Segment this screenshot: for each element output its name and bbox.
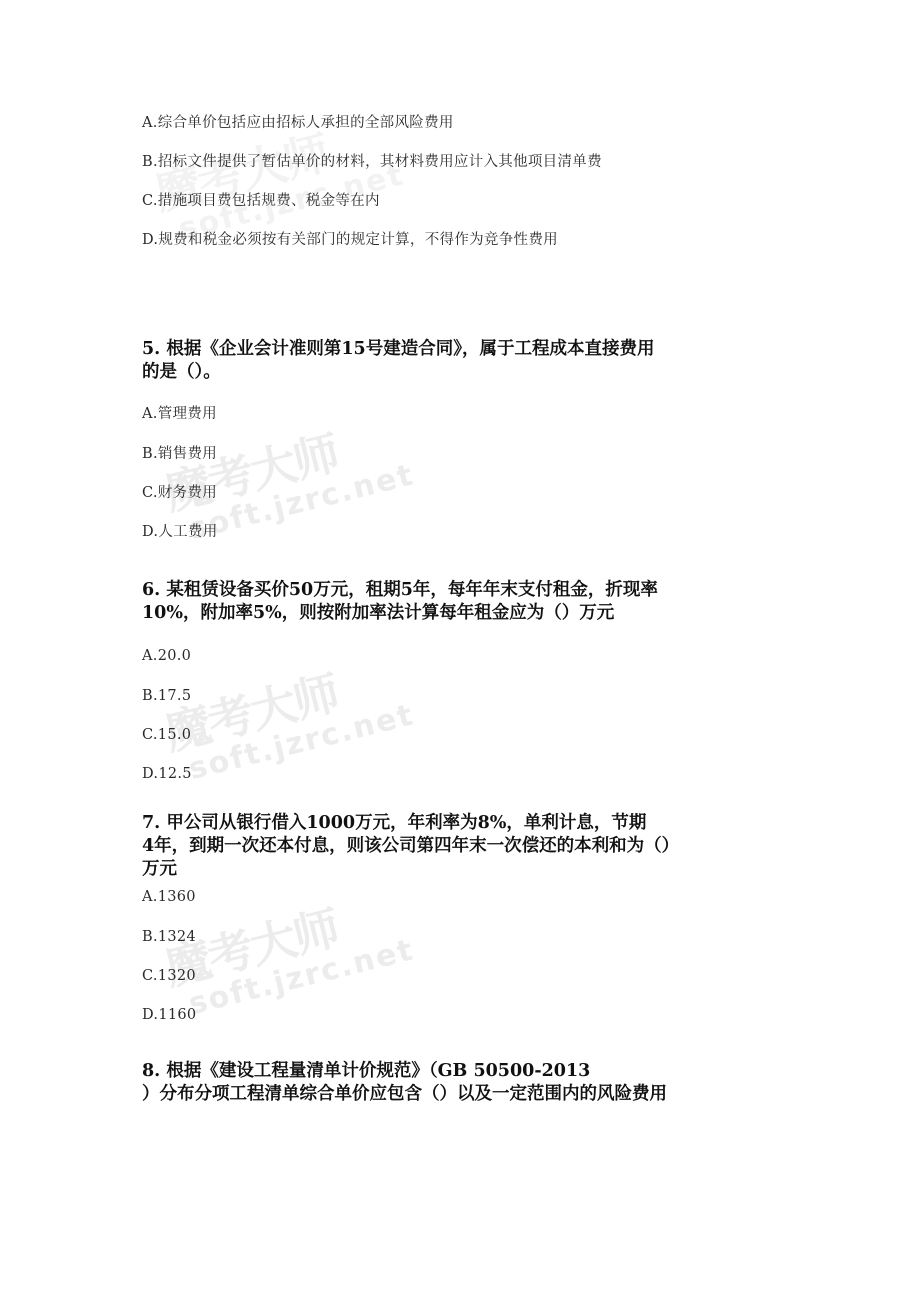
- watermark: 魔考大师 soft.jzrc.net: [160, 886, 418, 1025]
- option-label: B.: [142, 929, 158, 945]
- question-7-stem: 7. 甲公司从银行借入1000万元，年利率为8%，单利计息，节期 4年，到期一次…: [142, 812, 782, 881]
- question-line: 6. 某租赁设备买价50万元，租期5年，每年年末支付租金，折现率: [142, 579, 782, 602]
- question-line: 7. 甲公司从银行借入1000万元，年利率为8%，单利计息，节期: [142, 812, 782, 835]
- question-6-option-d: D.12.5: [142, 765, 192, 783]
- watermark: 魔考大师 soft.jzrc.net: [160, 651, 418, 790]
- option-text: 措施项目费包括规费、税金等在内: [158, 193, 380, 209]
- question-7-option-b: B.1324: [142, 928, 196, 946]
- option-text: 财务费用: [158, 485, 217, 501]
- option-text: 1320: [158, 968, 196, 984]
- question-line: 万元: [142, 858, 782, 881]
- option-text: 1160: [158, 1007, 196, 1023]
- question-line: 5. 根据《企业会计准则第15号建造合同》，属于工程成本直接费用: [142, 338, 782, 361]
- watermark-cn: 魔考大师: [160, 651, 410, 759]
- option-prev-c: C.措施项目费包括规费、税金等在内: [142, 192, 380, 210]
- option-text: 管理费用: [158, 406, 217, 422]
- question-5-option-d: D.人工费用: [142, 523, 218, 541]
- option-label: D.: [142, 524, 158, 540]
- option-label: A.: [142, 648, 158, 664]
- question-5-stem: 5. 根据《企业会计准则第15号建造合同》，属于工程成本直接费用 的是（）。: [142, 338, 782, 384]
- option-text: 综合单价包括应由招标人承担的全部风险费用: [158, 115, 454, 131]
- option-label: B.: [142, 154, 158, 170]
- option-text: 人工费用: [158, 524, 217, 540]
- option-text: 招标文件提供了暂估单价的材料，其材料费用应计入其他项目清单费: [158, 154, 602, 170]
- option-text: 1324: [158, 929, 196, 945]
- option-label: C.: [142, 968, 158, 984]
- option-label: B.: [142, 688, 158, 704]
- option-label: A.: [142, 115, 158, 131]
- question-5-option-c: C.财务费用: [142, 484, 217, 502]
- question-5-option-a: A.管理费用: [142, 405, 217, 423]
- question-line: 10%，附加率5%，则按附加率法计算每年租金应为（）万元: [142, 602, 782, 625]
- question-line: 4年，到期一次还本付息，则该公司第四年末一次偿还的本利和为（）: [142, 835, 782, 858]
- option-text: 规费和税金必须按有关部门的规定计算，不得作为竞争性费用: [158, 232, 558, 248]
- option-prev-b: B.招标文件提供了暂估单价的材料，其材料费用应计入其他项目清单费: [142, 153, 602, 171]
- option-label: C.: [142, 727, 158, 743]
- question-line: 的是（）。: [142, 361, 782, 384]
- question-6-stem: 6. 某租赁设备买价50万元，租期5年，每年年末支付租金，折现率 10%，附加率…: [142, 579, 782, 625]
- watermark-cn: 魔考大师: [160, 886, 410, 994]
- question-7-option-c: C.1320: [142, 967, 196, 985]
- option-text: 20.0: [158, 648, 192, 664]
- question-line: ）分布分项工程清单综合单价应包含（）以及一定范围内的风险费用: [142, 1083, 782, 1106]
- question-6-option-c: C.15.0: [142, 726, 191, 744]
- watermark-cn: 魔考大师: [160, 411, 410, 519]
- option-label: B.: [142, 446, 158, 462]
- question-7-option-d: D.1160: [142, 1006, 196, 1024]
- option-label: D.: [142, 1007, 158, 1023]
- question-6-option-b: B.17.5: [142, 687, 191, 705]
- question-5-option-b: B.销售费用: [142, 445, 217, 463]
- option-label: D.: [142, 232, 158, 248]
- option-text: 12.5: [158, 766, 192, 782]
- option-text: 销售费用: [158, 446, 217, 462]
- question-8-stem: 8. 根据《建设工程量清单计价规范》（GB 50500-2013 ）分布分项工程…: [142, 1060, 782, 1106]
- option-label: D.: [142, 766, 158, 782]
- option-text: 15.0: [158, 727, 192, 743]
- question-7-option-a: A.1360: [142, 888, 196, 906]
- option-label: A.: [142, 406, 158, 422]
- option-text: 1360: [158, 889, 196, 905]
- question-line: 8. 根据《建设工程量清单计价规范》（GB 50500-2013: [142, 1060, 782, 1083]
- option-label: C.: [142, 485, 158, 501]
- option-label: C.: [142, 193, 158, 209]
- watermark-en: soft.jzrc.net: [186, 934, 418, 1021]
- watermark-en: soft.jzrc.net: [186, 459, 418, 546]
- option-label: A.: [142, 889, 158, 905]
- option-text: 17.5: [158, 688, 192, 704]
- option-prev-d: D.规费和税金必须按有关部门的规定计算，不得作为竞争性费用: [142, 231, 558, 249]
- option-prev-a: A.综合单价包括应由招标人承担的全部风险费用: [142, 114, 454, 132]
- question-6-option-a: A.20.0: [142, 647, 191, 665]
- document-page: 魔考大师 soft.jzrc.net 魔考大师 soft.jzrc.net 魔考…: [0, 0, 920, 1302]
- watermark-en: soft.jzrc.net: [186, 699, 418, 786]
